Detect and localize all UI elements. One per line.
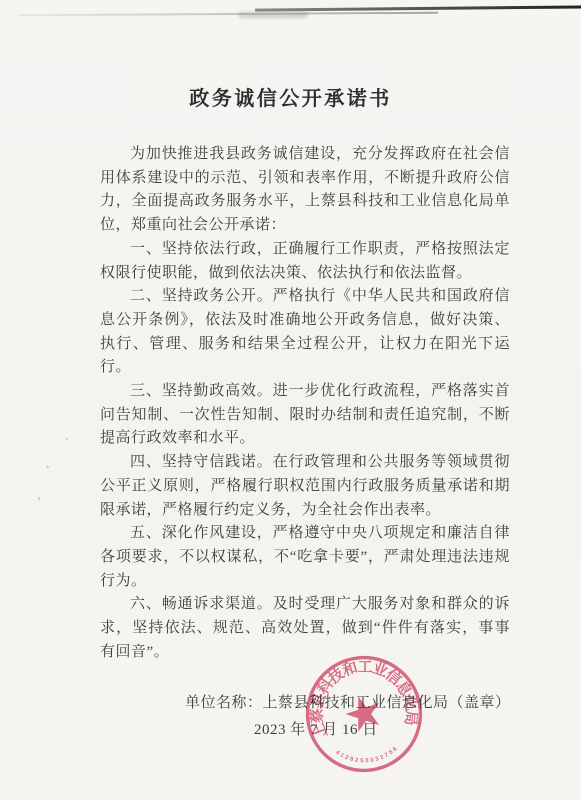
body-paragraph: 六、畅通诉求渠道。及时受理广大服务对象和群众的诉求，坚持依法、规范、高效处置，做… xyxy=(100,593,510,664)
scan-edge-artifact-faint xyxy=(18,12,438,16)
body-paragraph: 为加快推进我县政务诚信建设，充分发挥政府在社会信用体系建设中的示范、引领和表率作… xyxy=(100,143,510,238)
body-paragraph: 二、坚持政务公开。严格执行《中华人民共和国政府信息公开条例》，依法及时准确地公开… xyxy=(100,285,510,380)
star-icon xyxy=(341,691,385,734)
scan-edge-artifact xyxy=(255,5,581,11)
svg-text:上蔡县科技和工业信息化局: 上蔡县科技和工业信息化局 xyxy=(302,652,423,741)
scan-smudge xyxy=(238,12,308,18)
body-paragraph: 三、坚持勤政高效。进一步优化行政流程，严格落实首问告知制、一次性告知制、限时办结… xyxy=(100,380,510,451)
document-body: 为加快推进我县政务诚信建设，充分发挥政府在社会信用体系建设中的示范、引领和表率作… xyxy=(100,143,510,664)
scanned-document-page: 政务诚信公开承诺书 为加快推进我县政务诚信建设，充分发挥政府在社会信用体系建设中… xyxy=(0,0,581,800)
body-paragraph: 一、坚持依法行政，正确履行工作职责，严格按照法定权限行使职能，做到依法决策、依法… xyxy=(100,238,510,285)
body-paragraph: 五、深化作风建设，严格遵守中央八项规定和廉洁自律各项要求，不以权谋私，不“吃拿卡… xyxy=(100,522,510,593)
seal-ring-text: 上蔡县科技和工业信息化局 xyxy=(302,652,423,741)
official-seal: 上蔡县科技和工业信息化局 4128250032756 xyxy=(296,646,432,782)
official-seal-graphic: 上蔡县科技和工业信息化局 4128250032756 xyxy=(296,646,432,782)
paper-speck xyxy=(38,497,40,500)
document-title: 政务诚信公开承诺书 xyxy=(0,82,581,111)
paper-speck xyxy=(66,438,68,440)
body-paragraph: 四、坚持守信践诺。在行政管理和公共服务等领域贯彻公平正义原则，严格履行职权范围内… xyxy=(100,451,510,522)
paper-speck xyxy=(46,466,49,468)
